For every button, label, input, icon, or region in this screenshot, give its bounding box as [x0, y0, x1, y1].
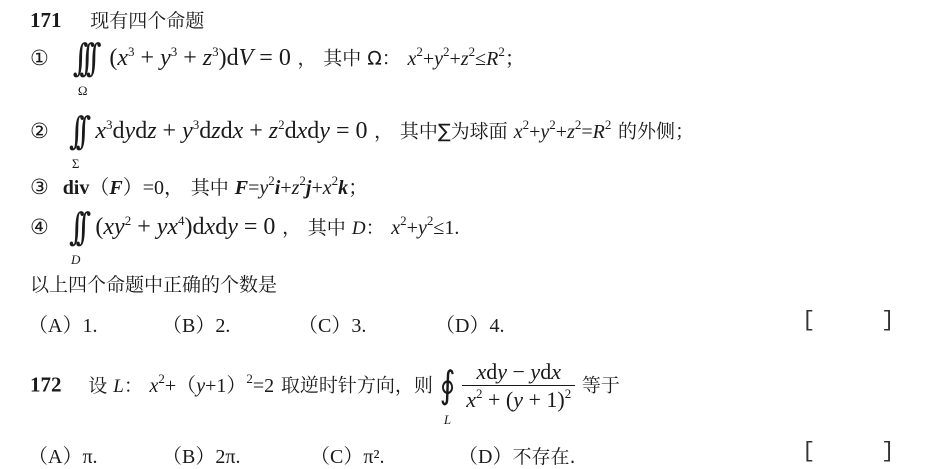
option-d[interactable]: （D）4. [435, 309, 504, 338]
option-value: 2. [215, 315, 230, 337]
option-a[interactable]: （A）1. [28, 309, 97, 338]
double-integral-symbol: ∫∫ [63, 113, 89, 151]
question-text: 以上四个命题中正确的个数是 [30, 276, 277, 295]
contour-integral-symbol: ∮ [440, 367, 456, 405]
problem-number: 171 [30, 8, 62, 32]
vector-field-expression: F=y2i+z2j+x2k； [235, 177, 368, 199]
option-label: （D） [458, 446, 512, 468]
option-label: （A） [28, 446, 82, 468]
circle-marker-4: ④ [30, 217, 56, 238]
option-label: （C） [298, 315, 351, 337]
comma: ， [298, 48, 317, 70]
integral-subscript: Σ [63, 157, 89, 170]
double-integral: ∫∫ D [63, 213, 89, 243]
condition-expression: x2+y2≤1. [391, 217, 459, 239]
comma: ， [282, 217, 301, 239]
option-c[interactable]: （C）3. [298, 309, 366, 338]
stem-prefix: 设 L： [88, 375, 143, 397]
curve-equation: x2+（y+1）2=2 [150, 375, 275, 397]
integrand-fraction: xdy − ydx x2 + (y + 1)2 [462, 361, 575, 411]
option-value: π². [363, 446, 384, 468]
problem-171-header: 171 现有四个命题 [30, 10, 204, 31]
proposition-1: ① ∫∫∫ Ω (x3 + y3 + z3)dV = 0 ， 其中 Ω： x2+… [30, 44, 525, 74]
integrand-expression: x3dydz + y3dzdx + z2dxdy = 0 [95, 118, 367, 144]
option-label: （B） [162, 446, 215, 468]
triple-integral: ∫∫∫ Ω [63, 44, 103, 74]
integral-subscript: D [63, 253, 89, 266]
condition-suffix: 的外侧； [618, 121, 694, 143]
answer-bracket-171[interactable]: [ ] [802, 308, 894, 333]
circle-marker-1: ① [30, 48, 56, 69]
option-label: （C） [310, 446, 363, 468]
option-b[interactable]: （B）2. [162, 309, 230, 338]
option-d[interactable]: （D）不存在. [458, 440, 576, 469]
option-label: （D） [435, 315, 489, 337]
proposition-2: ② ∫∫ Σ x3dydz + y3dzdx + z2dxdy = 0 ， 其中… [30, 117, 694, 147]
integral-subscript: Ω [63, 84, 103, 97]
double-integral-symbol: ∫∫ [63, 209, 89, 247]
triple-integral-symbol: ∫∫∫ [63, 40, 103, 78]
comma: ， [374, 121, 393, 143]
problem-number: 172 [30, 373, 62, 397]
div-argument: （F）=0， [89, 177, 184, 199]
problem-title: 现有四个命题 [90, 10, 204, 32]
circle-marker-2: ② [30, 121, 56, 142]
problem-172-stem: 172 设 L： x2+（y+1）2=2 取逆时针方向，则 ∮ L xdy − … [30, 361, 620, 411]
integrand-expression: (xy2 + yx4)dxdy = 0 [95, 214, 275, 240]
option-a[interactable]: （A）π. [28, 440, 98, 469]
option-value: 1. [82, 315, 97, 337]
fraction-denominator: x2 + (y + 1)2 [462, 386, 575, 411]
stem-middle: 取逆时针方向，则 [281, 375, 433, 397]
option-value: 3. [351, 315, 366, 337]
condition-expression: x2+y2+z2=R2 [514, 121, 612, 143]
divergence-expression: div [63, 177, 90, 199]
option-value: 不存在. [512, 446, 575, 468]
double-surface-integral: ∫∫ Σ [63, 117, 89, 147]
condition-prefix: 其中 [191, 177, 235, 199]
option-value: 4. [489, 315, 504, 337]
stem-suffix: 等于 [582, 375, 620, 397]
option-value: π. [82, 446, 97, 468]
option-label: （B） [162, 315, 215, 337]
proposition-4: ④ ∫∫ D (xy2 + yx4)dxdy = 0 ， 其中 D： x2+y2… [30, 213, 459, 243]
condition-expression: x2+y2+z2≤R2； [407, 48, 524, 70]
integral-subscript: L [440, 413, 456, 426]
answer-bracket-172[interactable]: [ ] [802, 439, 894, 464]
fraction-numerator: xdy − ydx [462, 361, 575, 386]
option-label: （A） [28, 315, 82, 337]
proposition-3: ③ div（F）=0， 其中 F=y2i+z2j+x2k； [30, 177, 368, 198]
option-c[interactable]: （C）π². [310, 440, 384, 469]
contour-integral: ∮ L [440, 371, 456, 401]
condition-prefix: 其中 Ω： [323, 48, 401, 70]
option-b[interactable]: （B）2π. [162, 440, 240, 469]
option-value: 2π. [215, 446, 240, 468]
integrand-expression: (x3 + y3 + z3)dV = 0 [109, 45, 290, 71]
condition-prefix: 其中 D： [308, 217, 385, 239]
circle-marker-3: ③ [30, 177, 56, 198]
condition-prefix: 其中∑为球面 [400, 121, 514, 143]
